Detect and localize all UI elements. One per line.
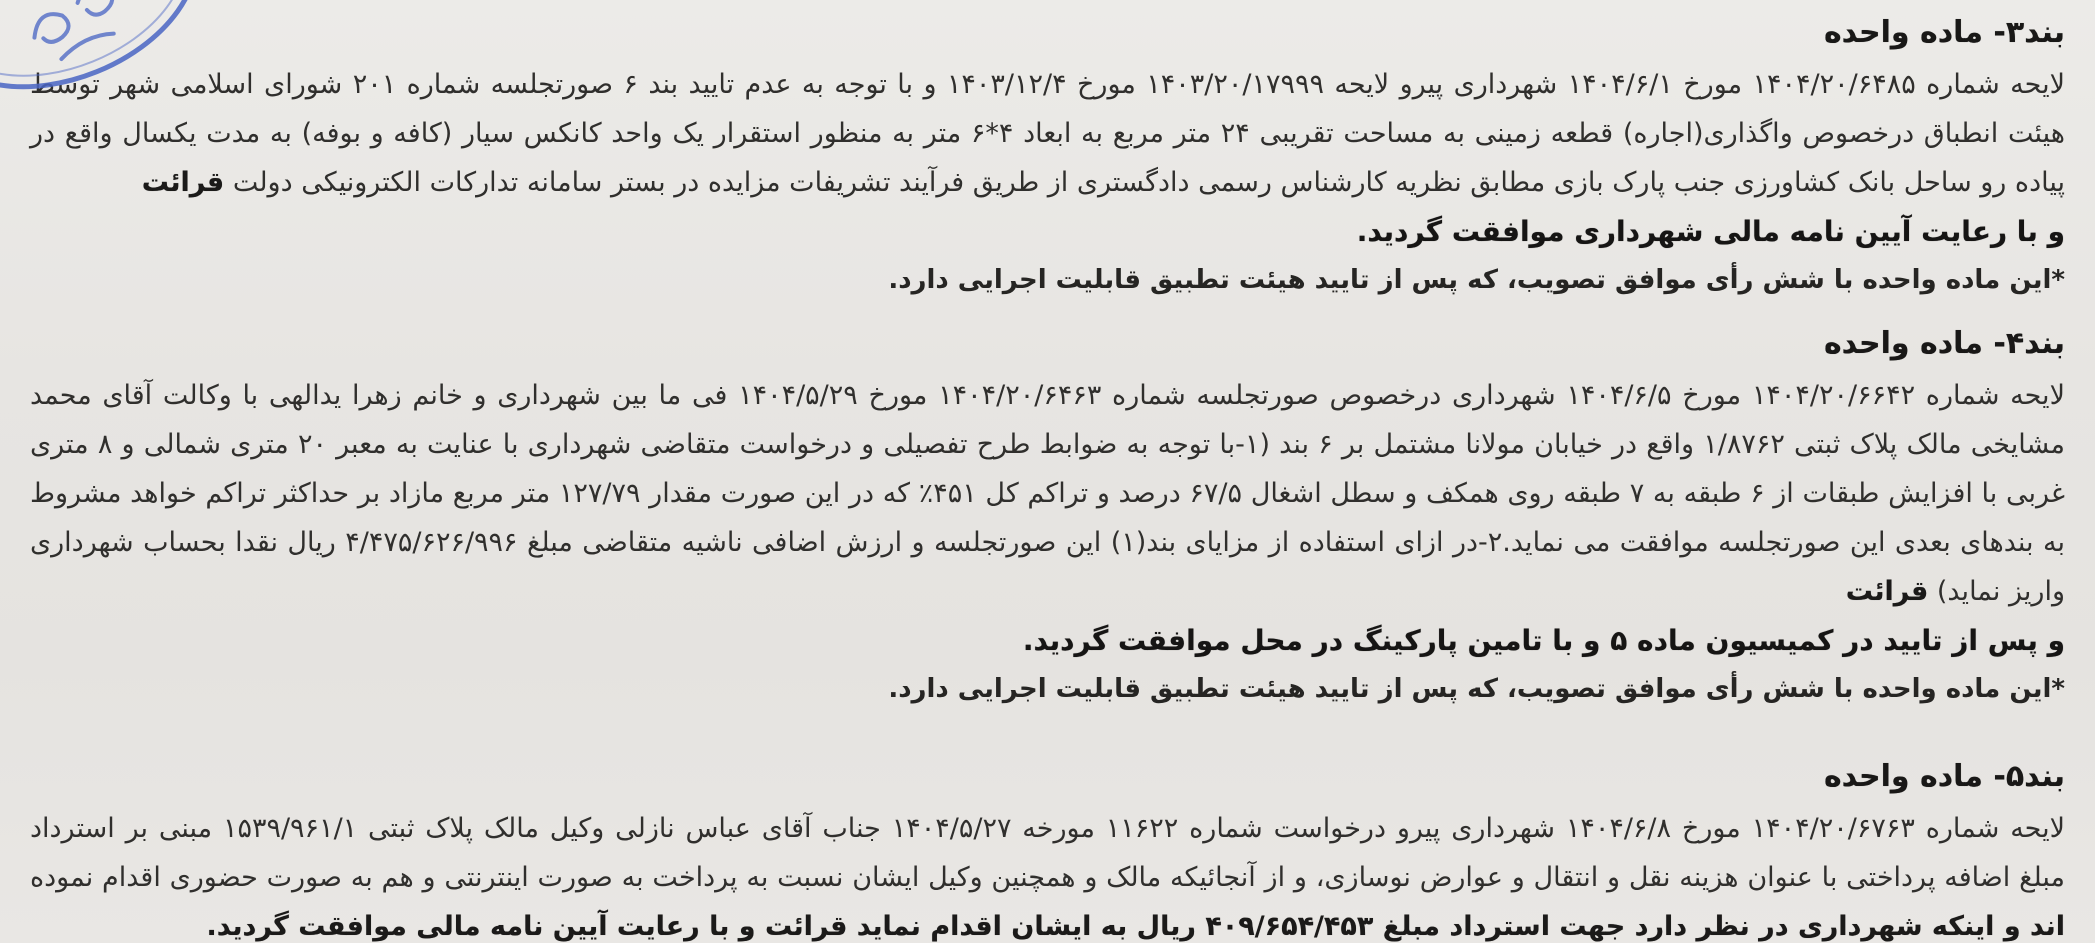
section-band-3-body-bold: قرائت [142, 167, 224, 198]
section-band-4-vote-note: *این ماده واحده با شش رأی موافق تصویب، ک… [30, 665, 2065, 714]
section-band-3: بند۳- ماده واحده لایحه شماره ۱۴۰۴/۲۰/۶۴۸… [30, 10, 2065, 305]
section-band-4: بند۴- ماده واحده لایحه شماره ۱۴۰۴/۲۰/۶۶۴… [30, 321, 2065, 714]
section-band-4-body-bold: قرائت [1846, 576, 1928, 607]
section-band-3-conclusion: و با رعایت آیین نامه مالی شهرداری موافقت… [30, 207, 2065, 256]
section-band-5-body-text: لایحه شماره ۱۴۰۴/۲۰/۶۷۶۳ مورخ ۱۴۰۴/۶/۸ ش… [30, 813, 2065, 893]
section-band-4-conclusion: و پس از تایید در کمیسیون ماده ۵ و با تام… [30, 616, 2065, 665]
section-band-5-body-bold: اند و اینکه شهرداری در نظر دارد جهت استر… [207, 911, 2065, 942]
section-band-5: بند۵- ماده واحده لایحه شماره ۱۴۰۴/۲۰/۶۷۶… [30, 754, 2065, 943]
section-band-3-heading: بند۳- ماده واحده [30, 10, 2065, 56]
section-band-4-body: لایحه شماره ۱۴۰۴/۲۰/۶۶۴۲ مورخ ۱۴۰۴/۶/۵ ش… [30, 371, 2065, 616]
section-band-5-body: لایحه شماره ۱۴۰۴/۲۰/۶۷۶۳ مورخ ۱۴۰۴/۶/۸ ش… [30, 804, 2065, 943]
section-band-4-body-text: لایحه شماره ۱۴۰۴/۲۰/۶۶۴۲ مورخ ۱۴۰۴/۶/۵ ش… [30, 380, 2065, 607]
section-band-3-body: لایحه شماره ۱۴۰۴/۲۰/۶۴۸۵ مورخ ۱۴۰۴/۶/۱ ش… [30, 60, 2065, 207]
section-band-5-heading: بند۵- ماده واحده [30, 754, 2065, 800]
section-band-3-body-text: لایحه شماره ۱۴۰۴/۲۰/۶۴۸۵ مورخ ۱۴۰۴/۶/۱ ش… [30, 69, 2065, 198]
scanned-document-page: بند۳- ماده واحده لایحه شماره ۱۴۰۴/۲۰/۶۴۸… [0, 0, 2095, 943]
section-band-4-heading: بند۴- ماده واحده [30, 321, 2065, 367]
section-band-3-vote-note: *این ماده واحده با شش رأی موافق تصویب، ک… [30, 256, 2065, 305]
